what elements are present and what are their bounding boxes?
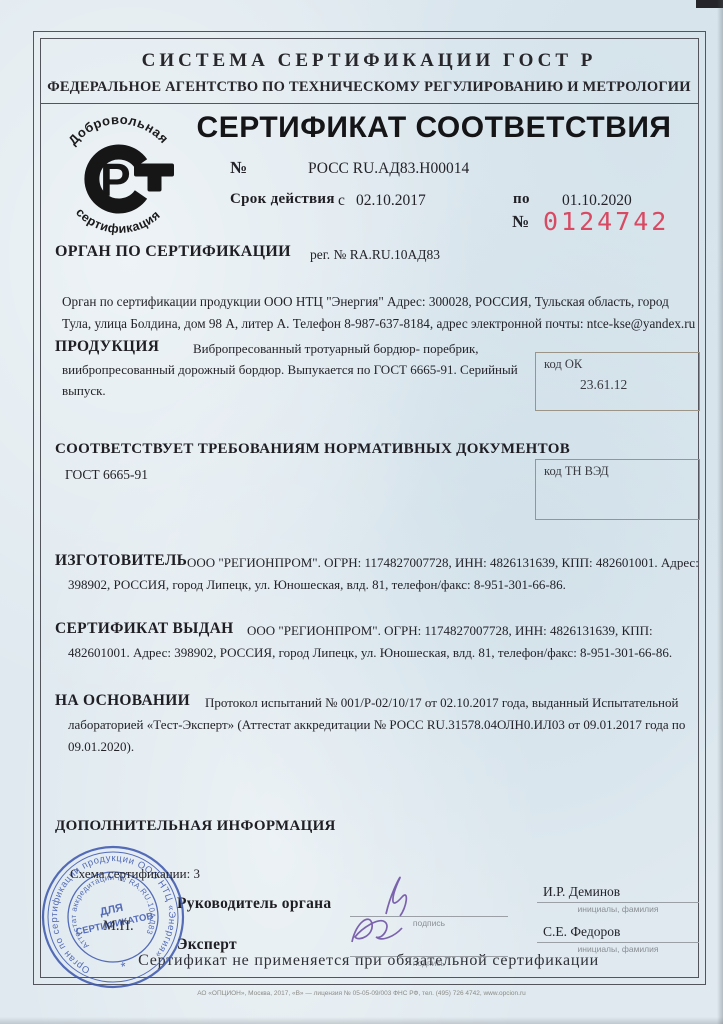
ok-code-label: код ОК xyxy=(544,357,582,372)
svg-text:Добровольная: Добровольная xyxy=(65,112,172,148)
certification-system-title: СИСТЕМА СЕРТИФИКАЦИИ ГОСТ Р xyxy=(41,50,697,72)
scan-edge-bottom xyxy=(0,1017,723,1024)
head-name: И.Р. Деминов xyxy=(543,884,620,900)
validity-from-date: 02.10.2017 xyxy=(356,192,426,210)
basis-section-label: НА ОСНОВАНИИ xyxy=(55,692,205,710)
logo-letter-t-stem xyxy=(148,164,162,192)
manufacturer-section: ИЗГОТОВИТЕЛЬ ООО "РЕГИОНПРОМ". ОГРН: 117… xyxy=(55,552,710,596)
organ-section-label: ОРГАН ПО СЕРТИФИКАЦИИ xyxy=(55,243,291,261)
issued-section: СЕРТИФИКАТ ВЫДАН ООО "РЕГИОНПРОМ". ОГРН:… xyxy=(55,620,710,664)
validity-label: Срок действия xyxy=(230,191,335,208)
expert-name-line xyxy=(537,942,699,943)
cert-number-value: РОСС RU.АД83.Н00014 xyxy=(308,160,469,178)
form-number-sign: № xyxy=(512,212,529,232)
manufacturer-section-label: ИЗГОТОВИТЕЛЬ xyxy=(55,552,187,570)
stamp-center-line1: ДЛЯ xyxy=(99,902,125,919)
mp-seal-place-mark: М.П. xyxy=(103,918,134,935)
organ-details-text: Орган по сертификации продукции ООО НТЦ … xyxy=(62,291,696,335)
tnved-code-box: код ТН ВЭД xyxy=(535,459,700,520)
basis-section: НА ОСНОВАНИИ Протокол испытаний № 001/Р-… xyxy=(55,692,710,758)
head-name-line xyxy=(537,902,699,903)
head-of-body-label: Руководитель органа xyxy=(177,895,331,913)
scan-edge-right xyxy=(717,0,723,1024)
document-title: СЕРТИФИКАТ СООТВЕТСТВИЯ xyxy=(188,111,680,145)
expert-name: С.Е. Федоров xyxy=(543,924,620,940)
product-section-label: ПРОДУКЦИЯ xyxy=(55,338,193,356)
stamp-star: * xyxy=(119,959,127,975)
form-number-red: 0124742 xyxy=(543,207,669,236)
issued-section-label: СЕРТИФИКАТ ВЫДАН xyxy=(55,620,247,638)
ok-code-value: 23.61.12 xyxy=(580,377,627,393)
conformity-section-label: СООТВЕТСТВУЕТ ТРЕБОВАНИЯМ НОРМАТИВНЫХ ДО… xyxy=(55,441,570,458)
logo-arc-top-text: Добровольная xyxy=(65,112,172,148)
ok-code-box: код ОК 23.61.12 xyxy=(535,352,700,411)
additional-section-label: ДОПОЛНИТЕЛЬНАЯ ИНФОРМАЦИЯ xyxy=(55,818,336,835)
product-section: ПРОДУКЦИЯ Вибропресованный тротуарный бо… xyxy=(55,338,528,401)
rst-voluntary-certification-logo-icon: Добровольная сертификация Р xyxy=(48,101,192,239)
organ-reg-number: рег. № RA.RU.10АД83 xyxy=(310,247,440,263)
validity-to-label: по xyxy=(513,191,530,208)
head-name-caption: инициалы, фамилия xyxy=(537,904,699,914)
tnved-code-label: код ТН ВЭД xyxy=(544,464,609,479)
cert-number-sign: № xyxy=(230,158,247,178)
logo-letter-r: Р xyxy=(100,154,131,206)
certification-scheme-text: Схема сертификации: 3 xyxy=(70,866,200,882)
certificate-page: СИСТЕМА СЕРТИФИКАЦИИ ГОСТ Р ФЕДЕРАЛЬНОЕ … xyxy=(0,0,723,1024)
validity-from-label: с xyxy=(338,192,345,210)
expert-handwritten-signature xyxy=(348,910,406,954)
certification-body-round-stamp: Орган по сертификации продукции ООО НТЦ … xyxy=(38,842,188,992)
agency-title: ФЕДЕРАЛЬНОЕ АГЕНТСТВО ПО ТЕХНИЧЕСКОМУ РЕ… xyxy=(41,79,697,96)
conformity-standard-value: ГОСТ 6665-91 xyxy=(65,467,148,483)
header: СИСТЕМА СЕРТИФИКАЦИИ ГОСТ Р ФЕДЕРАЛЬНОЕ … xyxy=(41,39,697,96)
